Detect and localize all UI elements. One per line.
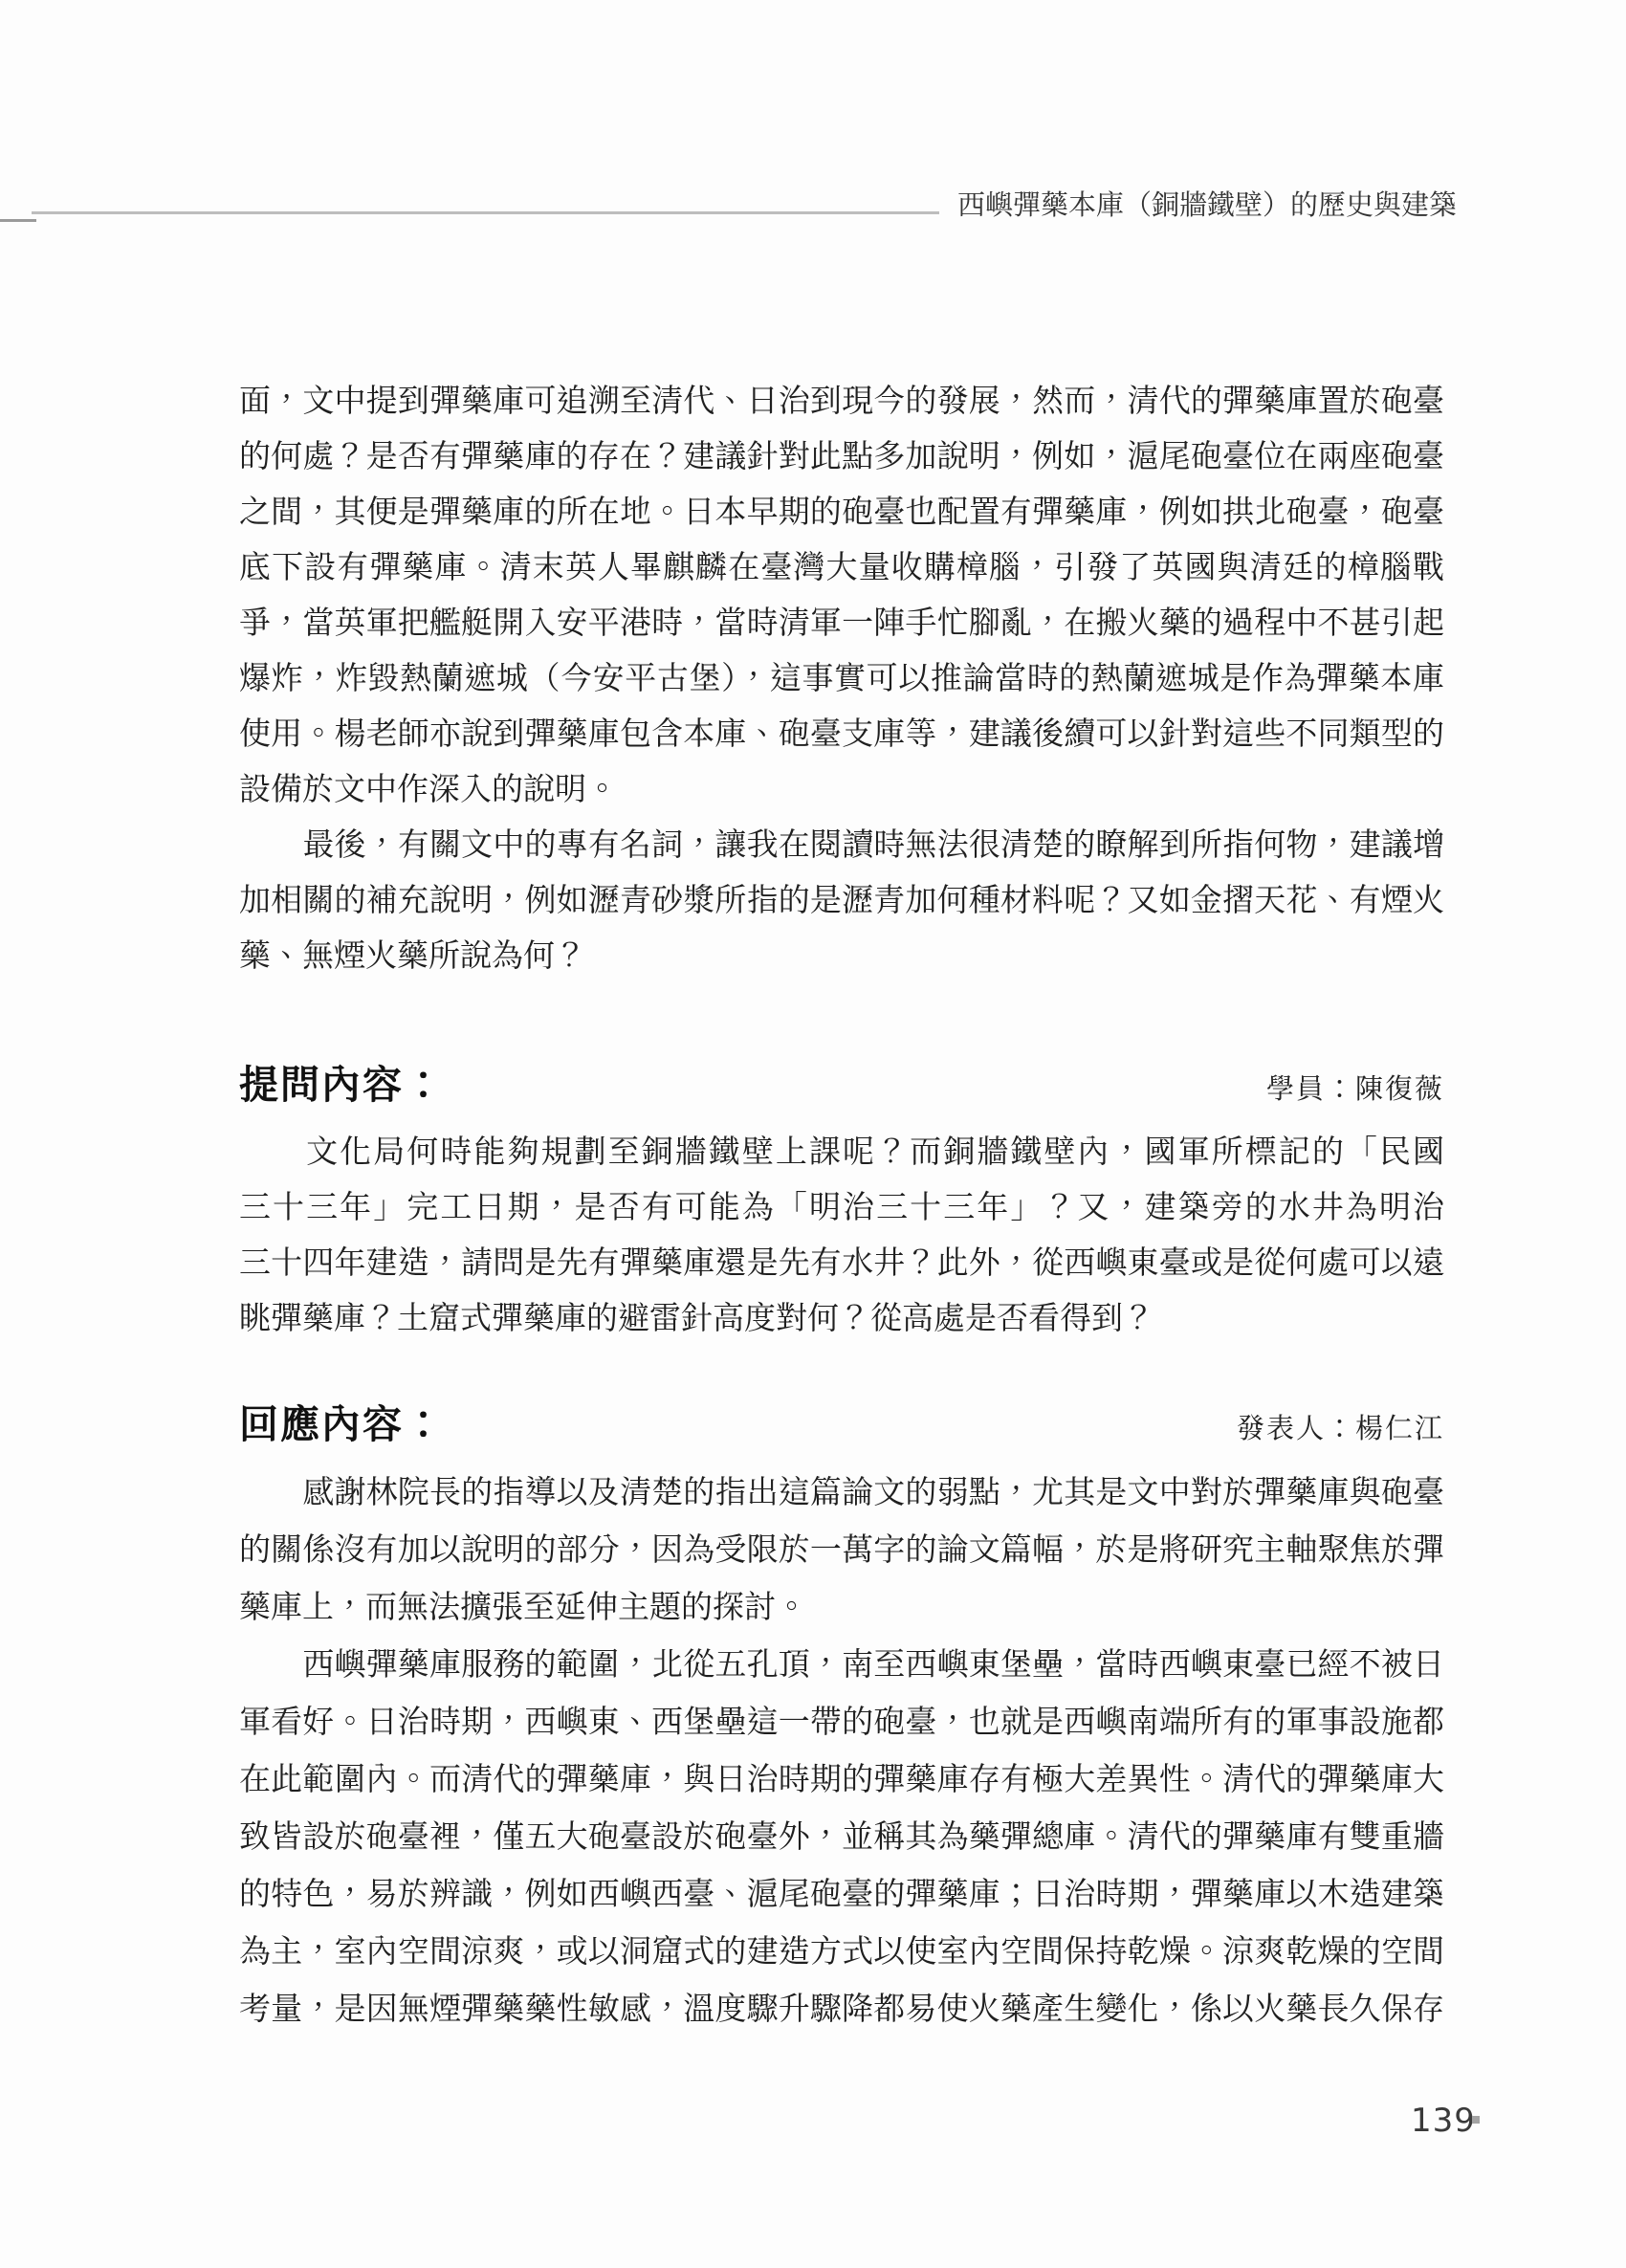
text-line: 爆炸，炸毀熱蘭遮城（今安平古堡），這事實可以推論當時的熱蘭遮城是作為彈藥本庫 xyxy=(239,650,1444,706)
text-line: 最後，有關文中的專有名詞，讓我在閱讀時無法很清楚的瞭解到所指何物，建議增 xyxy=(239,817,1444,872)
response-heading: 回應內容： xyxy=(239,1399,445,1449)
page-number-marker-icon xyxy=(1472,2116,1480,2124)
text-line: 三十四年建造，請問是先有彈藥庫還是先有水井？此外，從西嶼東臺或是從何處可以遠 xyxy=(239,1235,1444,1290)
text-line: 三十三年」完工日期，是否有可能為「明治三十三年」？又，建築旁的水井為明治 xyxy=(239,1179,1444,1235)
text-line: 設備於文中作深入的說明。 xyxy=(239,761,1444,817)
question-text: 文化局何時能夠規劃至銅牆鐵壁上課呢？而銅牆鐵壁內，國軍所標記的「民國三十三年」完… xyxy=(239,1124,1444,1346)
question-byline: 學員：陳復薇 xyxy=(1266,1068,1444,1107)
text-line: 的關係沒有加以說明的部分，因為受限於一萬字的論文篇幅，於是將研究主軸聚焦於彈 xyxy=(239,1521,1444,1578)
text-line: 西嶼彈藥庫服務的範圍，北從五孔頂，南至西嶼東堡壘，當時西嶼東臺已經不被日 xyxy=(239,1636,1444,1693)
question-section-header: 提問內容： 學員：陳復薇 xyxy=(239,1060,1444,1110)
text-line: 加相關的補充說明，例如瀝青砂漿所指的是瀝青加何種材料呢？又如金摺天花、有煙火 xyxy=(239,872,1444,928)
text-line: 為主，室內空間涼爽，或以洞窟式的建造方式以使室內空間保持乾燥。涼爽乾燥的空間 xyxy=(239,1923,1444,1980)
response-text: 感謝林院長的指導以及清楚的指出這篇論文的弱點，尤其是文中對於彈藥庫與砲臺的關係沒… xyxy=(239,1464,1444,2037)
text-line: 考量，是因無煙彈藥藥性敏感，溫度驟升驟降都易使火藥產生變化，係以火藥長久保存 xyxy=(239,1980,1444,2037)
text-line: 的何處？是否有彈藥庫的存在？建議針對此點多加說明，例如，滬尾砲臺位在兩座砲臺 xyxy=(239,429,1444,484)
text-line: 眺彈藥庫？土窟式彈藥庫的避雷針高度對何？從高處是否看得到？ xyxy=(239,1290,1444,1346)
header-rule xyxy=(32,211,939,214)
review-comments-text: 面，文中提到彈藥庫可追溯至清代、日治到現今的發展，然而，清代的彈藥庫置於砲臺的何… xyxy=(239,373,1444,983)
text-line: 藥庫上，而無法擴張至延伸主題的探討。 xyxy=(239,1578,1444,1636)
header-rule-edge xyxy=(0,219,36,222)
text-line: 面，文中提到彈藥庫可追溯至清代、日治到現今的發展，然而，清代的彈藥庫置於砲臺 xyxy=(239,373,1444,429)
text-line: 使用。楊老師亦說到彈藥庫包含本庫、砲臺支庫等，建議後續可以針對這些不同類型的 xyxy=(239,706,1444,761)
text-line: 致皆設於砲臺裡，僅五大砲臺設於砲臺外，並稱其為藥彈總庫。清代的彈藥庫有雙重牆 xyxy=(239,1808,1444,1865)
page-number: 139 xyxy=(1411,2102,1476,2140)
text-line: 軍看好。日治時期，西嶼東、西堡壘這一帶的砲臺，也就是西嶼南端所有的軍事設施都 xyxy=(239,1693,1444,1751)
question-heading: 提問內容： xyxy=(239,1060,445,1110)
response-byline: 發表人：楊仁江 xyxy=(1237,1407,1444,1446)
text-line: 的特色，易於辨識，例如西嶼西臺、滬尾砲臺的彈藥庫；日治時期，彈藥庫以木造建築 xyxy=(239,1865,1444,1923)
text-line: 爭，當英軍把艦艇開入安平港時，當時清軍一陣手忙腳亂，在搬火藥的過程中不甚引起 xyxy=(239,595,1444,650)
text-line: 感謝林院長的指導以及清楚的指出這篇論文的弱點，尤其是文中對於彈藥庫與砲臺 xyxy=(239,1464,1444,1521)
text-line: 在此範圍內。而清代的彈藥庫，與日治時期的彈藥庫存有極大差異性。清代的彈藥庫大 xyxy=(239,1751,1444,1808)
text-line: 文化局何時能夠規劃至銅牆鐵壁上課呢？而銅牆鐵壁內，國軍所標記的「民國 xyxy=(239,1124,1444,1179)
running-head-title: 西嶼彈藥本庫（銅牆鐵壁）的歷史與建築 xyxy=(957,184,1457,223)
text-line: 之間，其便是彈藥庫的所在地。日本早期的砲臺也配置有彈藥庫，例如拱北砲臺，砲臺 xyxy=(239,484,1444,539)
text-line: 藥、無煙火藥所說為何？ xyxy=(239,928,1444,983)
book-page: 西嶼彈藥本庫（銅牆鐵壁）的歷史與建築 面，文中提到彈藥庫可追溯至清代、日治到現今… xyxy=(0,0,1626,2268)
response-section-header: 回應內容： 發表人：楊仁江 xyxy=(239,1399,1444,1449)
text-line: 底下設有彈藥庫。清末英人畢麒麟在臺灣大量收購樟腦，引發了英國與清廷的樟腦戰 xyxy=(239,539,1444,595)
